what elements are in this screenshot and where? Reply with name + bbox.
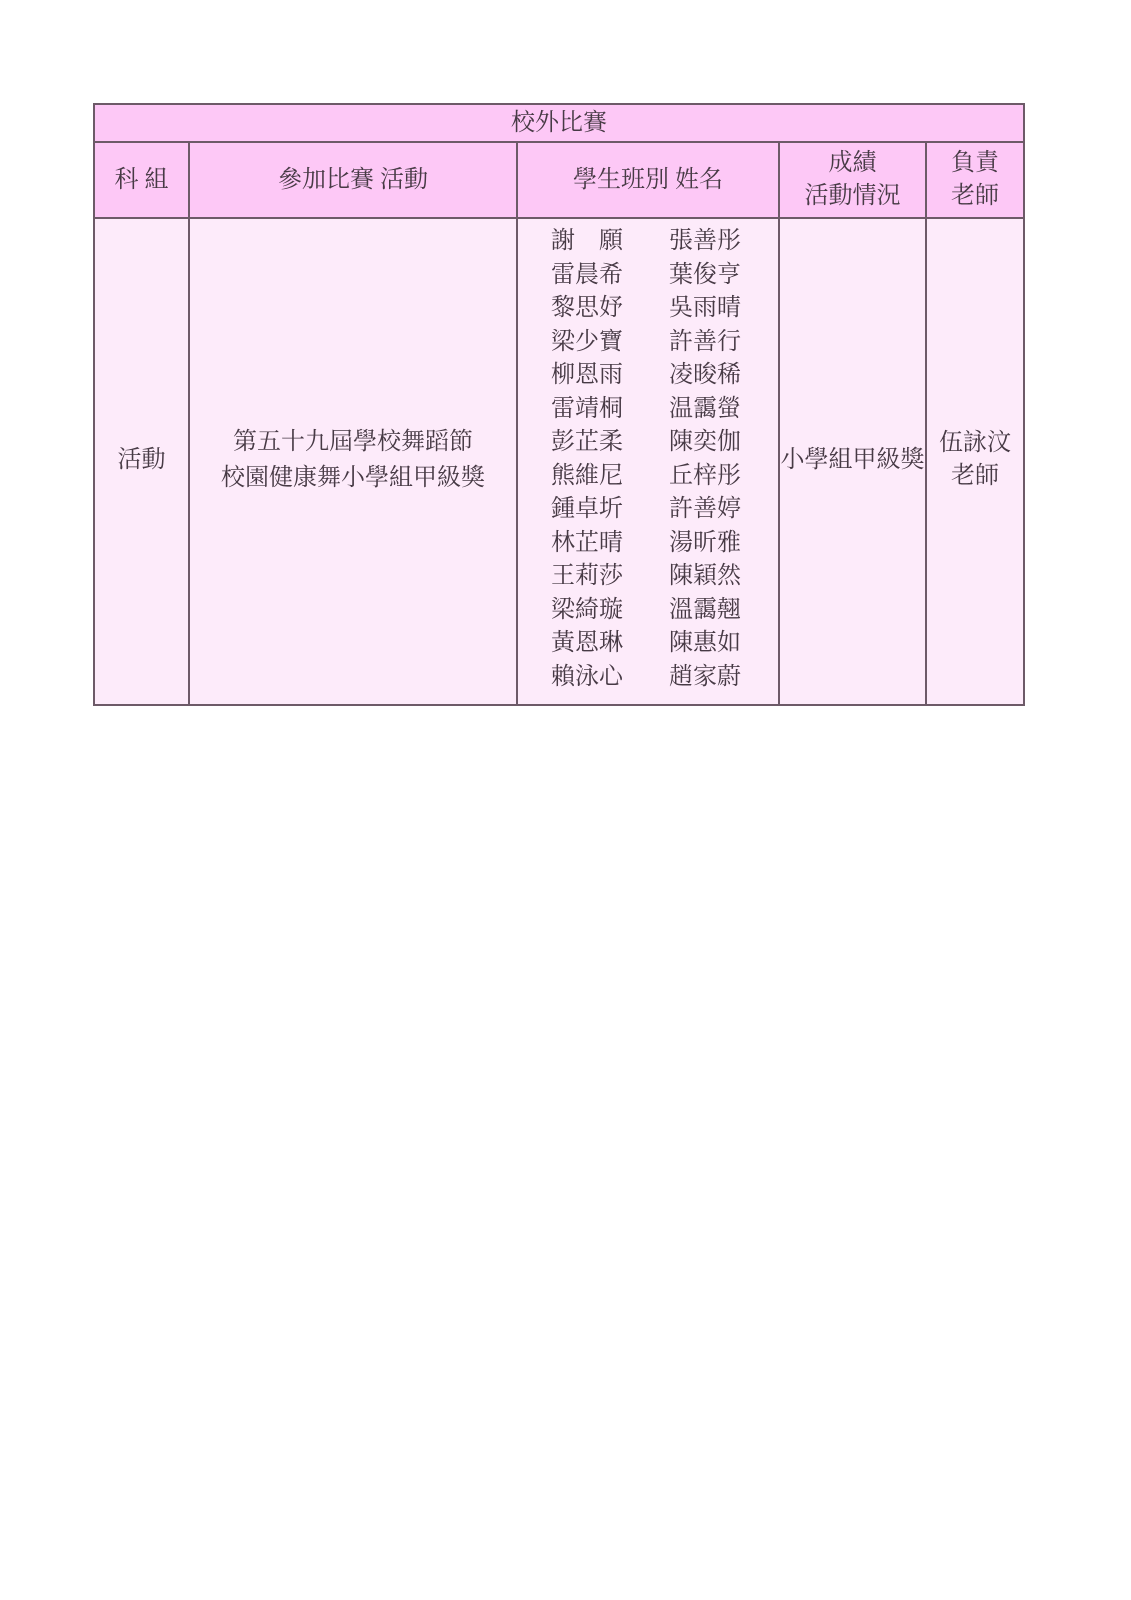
student-pair-line: 梁綺璇溫靄翹 bbox=[518, 594, 778, 628]
student-pair-line: 黎思妤吳雨晴 bbox=[518, 292, 778, 326]
student-pair-line: 雷靖桐温靄螢 bbox=[518, 393, 778, 427]
header-group: 科 組 bbox=[94, 142, 189, 218]
teacher-suffix: 老師 bbox=[927, 460, 1023, 493]
student-pair-line: 雷晨希葉俊亨 bbox=[518, 259, 778, 293]
student-name: 柳恩雨 bbox=[551, 359, 627, 393]
header-result-line2: 活動情況 bbox=[780, 180, 925, 213]
student-name: 雷靖桐 bbox=[551, 393, 627, 427]
header-result: 成績 活動情況 bbox=[779, 142, 926, 218]
student-pair-line: 黃恩琳陳惠如 bbox=[518, 627, 778, 661]
cell-students: 謝 願張善彤雷晨希葉俊亨黎思妤吳雨晴梁少寶許善行柳恩雨凌晙稀雷靖桐温靄螢彭芷柔陳… bbox=[517, 218, 779, 705]
student-name: 湯昕雅 bbox=[669, 527, 745, 561]
student-name: 張善彤 bbox=[669, 225, 745, 259]
header-result-line1: 成績 bbox=[780, 147, 925, 180]
cell-result: 小學組甲級獎 bbox=[779, 218, 926, 705]
student-name: 溫靄翹 bbox=[669, 594, 745, 628]
header-students: 學生班別 姓名 bbox=[517, 142, 779, 218]
student-name: 温靄螢 bbox=[669, 393, 745, 427]
cell-teacher: 伍詠汶 老師 bbox=[926, 218, 1024, 705]
table-header-row: 科 組 參加比賽 活動 學生班別 姓名 成績 活動情況 負責 老師 bbox=[94, 142, 1024, 218]
student-pair-line: 梁少寶許善行 bbox=[518, 326, 778, 360]
student-name: 梁綺璇 bbox=[551, 594, 627, 628]
student-name: 陳穎然 bbox=[669, 560, 745, 594]
header-teacher-line2: 老師 bbox=[927, 180, 1023, 213]
header-teacher: 負責 老師 bbox=[926, 142, 1024, 218]
table-data-row: 活動 第五十九屆學校舞蹈節 校園健康舞小學組甲級獎 謝 願張善彤雷晨希葉俊亨黎思… bbox=[94, 218, 1024, 705]
student-name: 趙家蔚 bbox=[669, 661, 745, 695]
competition-results-table: 校外比賽 科 組 參加比賽 活動 學生班別 姓名 成績 活動情況 負責 老師 活… bbox=[93, 103, 1025, 706]
document-page: 校外比賽 科 組 參加比賽 活動 學生班別 姓名 成績 活動情況 負責 老師 活… bbox=[0, 0, 1131, 1600]
student-pair-line: 賴泳心趙家蔚 bbox=[518, 661, 778, 695]
student-pair-line: 謝 願張善彤 bbox=[518, 225, 778, 259]
student-name: 雷晨希 bbox=[551, 259, 627, 293]
header-activity: 參加比賽 活動 bbox=[189, 142, 517, 218]
student-name: 熊維尼 bbox=[551, 460, 627, 494]
student-name: 黃恩琳 bbox=[551, 627, 627, 661]
student-name: 吳雨晴 bbox=[669, 292, 745, 326]
student-name: 丘梓彤 bbox=[669, 460, 745, 494]
student-name: 凌晙稀 bbox=[669, 359, 745, 393]
student-pair-line: 熊維尼丘梓彤 bbox=[518, 460, 778, 494]
student-pair-line: 彭芷柔陳奕伽 bbox=[518, 426, 778, 460]
student-name: 林芷晴 bbox=[551, 527, 627, 561]
header-teacher-line1: 負責 bbox=[927, 147, 1023, 180]
student-name: 陳惠如 bbox=[669, 627, 745, 661]
student-name: 葉俊亨 bbox=[669, 259, 745, 293]
activity-line2: 校園健康舞小學組甲級獎 bbox=[190, 460, 516, 496]
student-name: 謝 願 bbox=[551, 225, 627, 259]
students-list: 謝 願張善彤雷晨希葉俊亨黎思妤吳雨晴梁少寶許善行柳恩雨凌晙稀雷靖桐温靄螢彭芷柔陳… bbox=[518, 225, 778, 694]
student-name: 許善婷 bbox=[669, 493, 745, 527]
student-name: 陳奕伽 bbox=[669, 426, 745, 460]
student-pair-line: 王莉莎陳穎然 bbox=[518, 560, 778, 594]
student-name: 許善行 bbox=[669, 326, 745, 360]
student-name: 黎思妤 bbox=[551, 292, 627, 326]
student-pair-line: 柳恩雨凌晙稀 bbox=[518, 359, 778, 393]
table-title-row: 校外比賽 bbox=[94, 104, 1024, 142]
teacher-name: 伍詠汶 bbox=[927, 427, 1023, 460]
student-name: 王莉莎 bbox=[551, 560, 627, 594]
student-name: 彭芷柔 bbox=[551, 426, 627, 460]
student-name: 梁少寶 bbox=[551, 326, 627, 360]
cell-activity: 第五十九屆學校舞蹈節 校園健康舞小學組甲級獎 bbox=[189, 218, 517, 705]
table-title: 校外比賽 bbox=[94, 104, 1024, 142]
cell-group: 活動 bbox=[94, 218, 189, 705]
student-name: 賴泳心 bbox=[551, 661, 627, 695]
student-pair-line: 林芷晴湯昕雅 bbox=[518, 527, 778, 561]
student-name: 鍾卓圻 bbox=[551, 493, 627, 527]
activity-line1: 第五十九屆學校舞蹈節 bbox=[190, 424, 516, 460]
student-pair-line: 鍾卓圻許善婷 bbox=[518, 493, 778, 527]
